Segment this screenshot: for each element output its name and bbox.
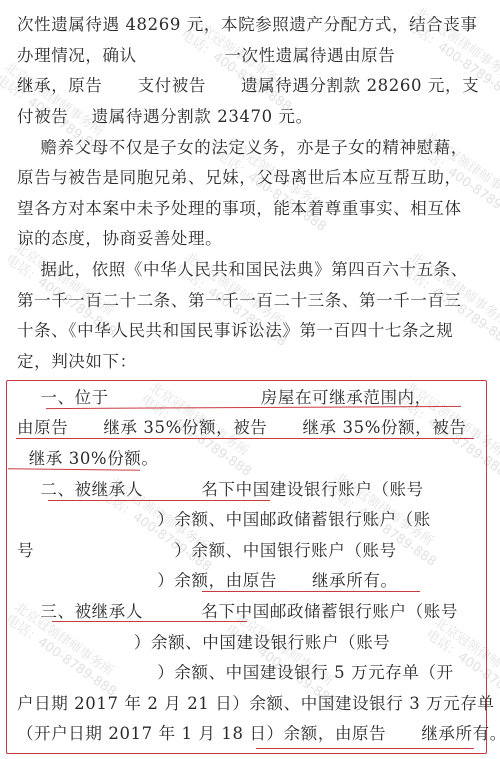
document-page: 北京冠领律师事务所 电话：400-8789-888 北京冠领律师事务所 电话：4… — [0, 0, 500, 759]
underline-mark — [48, 500, 270, 501]
text-line: 第一千一百二十二条、第一千一百二十三条、第一千一百三 — [17, 291, 462, 311]
judgment-line: ）余额、中国邮政储蓄银行账户（账 — [17, 510, 431, 530]
text-line: 据此，依照《中华人民共和国民法典》第四百六十五条、 — [17, 260, 468, 280]
judgment-line: 户日期 2017 年 2 月 21 日）余额、中国建设银行 3 万元存单 — [17, 694, 495, 714]
text-line: 办理情况，确认 一次性遗属待遇由原告 — [17, 46, 395, 66]
underline-mark — [202, 591, 420, 592]
underline-mark — [52, 621, 247, 622]
text-line: 望各方对本案中未予处理的事项，能本着尊重事实、相互体 — [17, 199, 462, 219]
judgment-line: ）余额，由原告 继承所有。 — [17, 571, 398, 591]
text-line: 十条、《中华人民共和国民事诉讼法》第一百四十七条之规 — [17, 321, 453, 341]
judgment-line: 号 ）余额、中国银行账户（账号 — [17, 541, 397, 561]
judgment-line: （开户日期 2017 年 1 月 18 日）余额，由原告 继承所有。 — [17, 724, 500, 744]
judgment-line: 二、被继承人 名下中国建设银行账户（账号 — [17, 480, 424, 500]
text-line: 赡养父母不仅是子女的法定义务，亦是子女的精神慰藉， — [17, 138, 468, 158]
underline-mark — [256, 748, 474, 749]
underline-mark — [16, 438, 474, 439]
judgment-line: 一、位于 房屋在可继承范围内， — [17, 388, 432, 408]
judgment-line: 三、被继承人 名下中国邮政储蓄银行账户（账号 — [17, 602, 458, 622]
judgment-line: 由原告 继承 35%份额，被告 继承 35%份额，被告 — [17, 418, 466, 438]
text-line: 原告与被告是同胞兄弟、兄妹，父母离世后本应互帮互助， — [17, 168, 462, 188]
judgment-line: ）余额、中国建设银行账户（账号 — [17, 633, 390, 653]
text-line: 谅的态度，协商妥善处理。 — [17, 229, 222, 249]
text-line: 定，判决如下： — [17, 352, 137, 372]
judgment-line: 继承 30%份额。 — [17, 449, 159, 469]
judgment-line: ）余额、中国建设银行 5 万元存单（开 — [17, 663, 454, 683]
text-line: 继承，原告 支付被告 遗属待遇分割款 28260 元，支 — [17, 76, 479, 96]
text-line: 付被告 遗属待遇分割款 23470 元。 — [17, 107, 313, 127]
text-line: 次性遗属待遇 48269 元，本院参照遗产分配方式，结合丧事 — [17, 15, 477, 35]
